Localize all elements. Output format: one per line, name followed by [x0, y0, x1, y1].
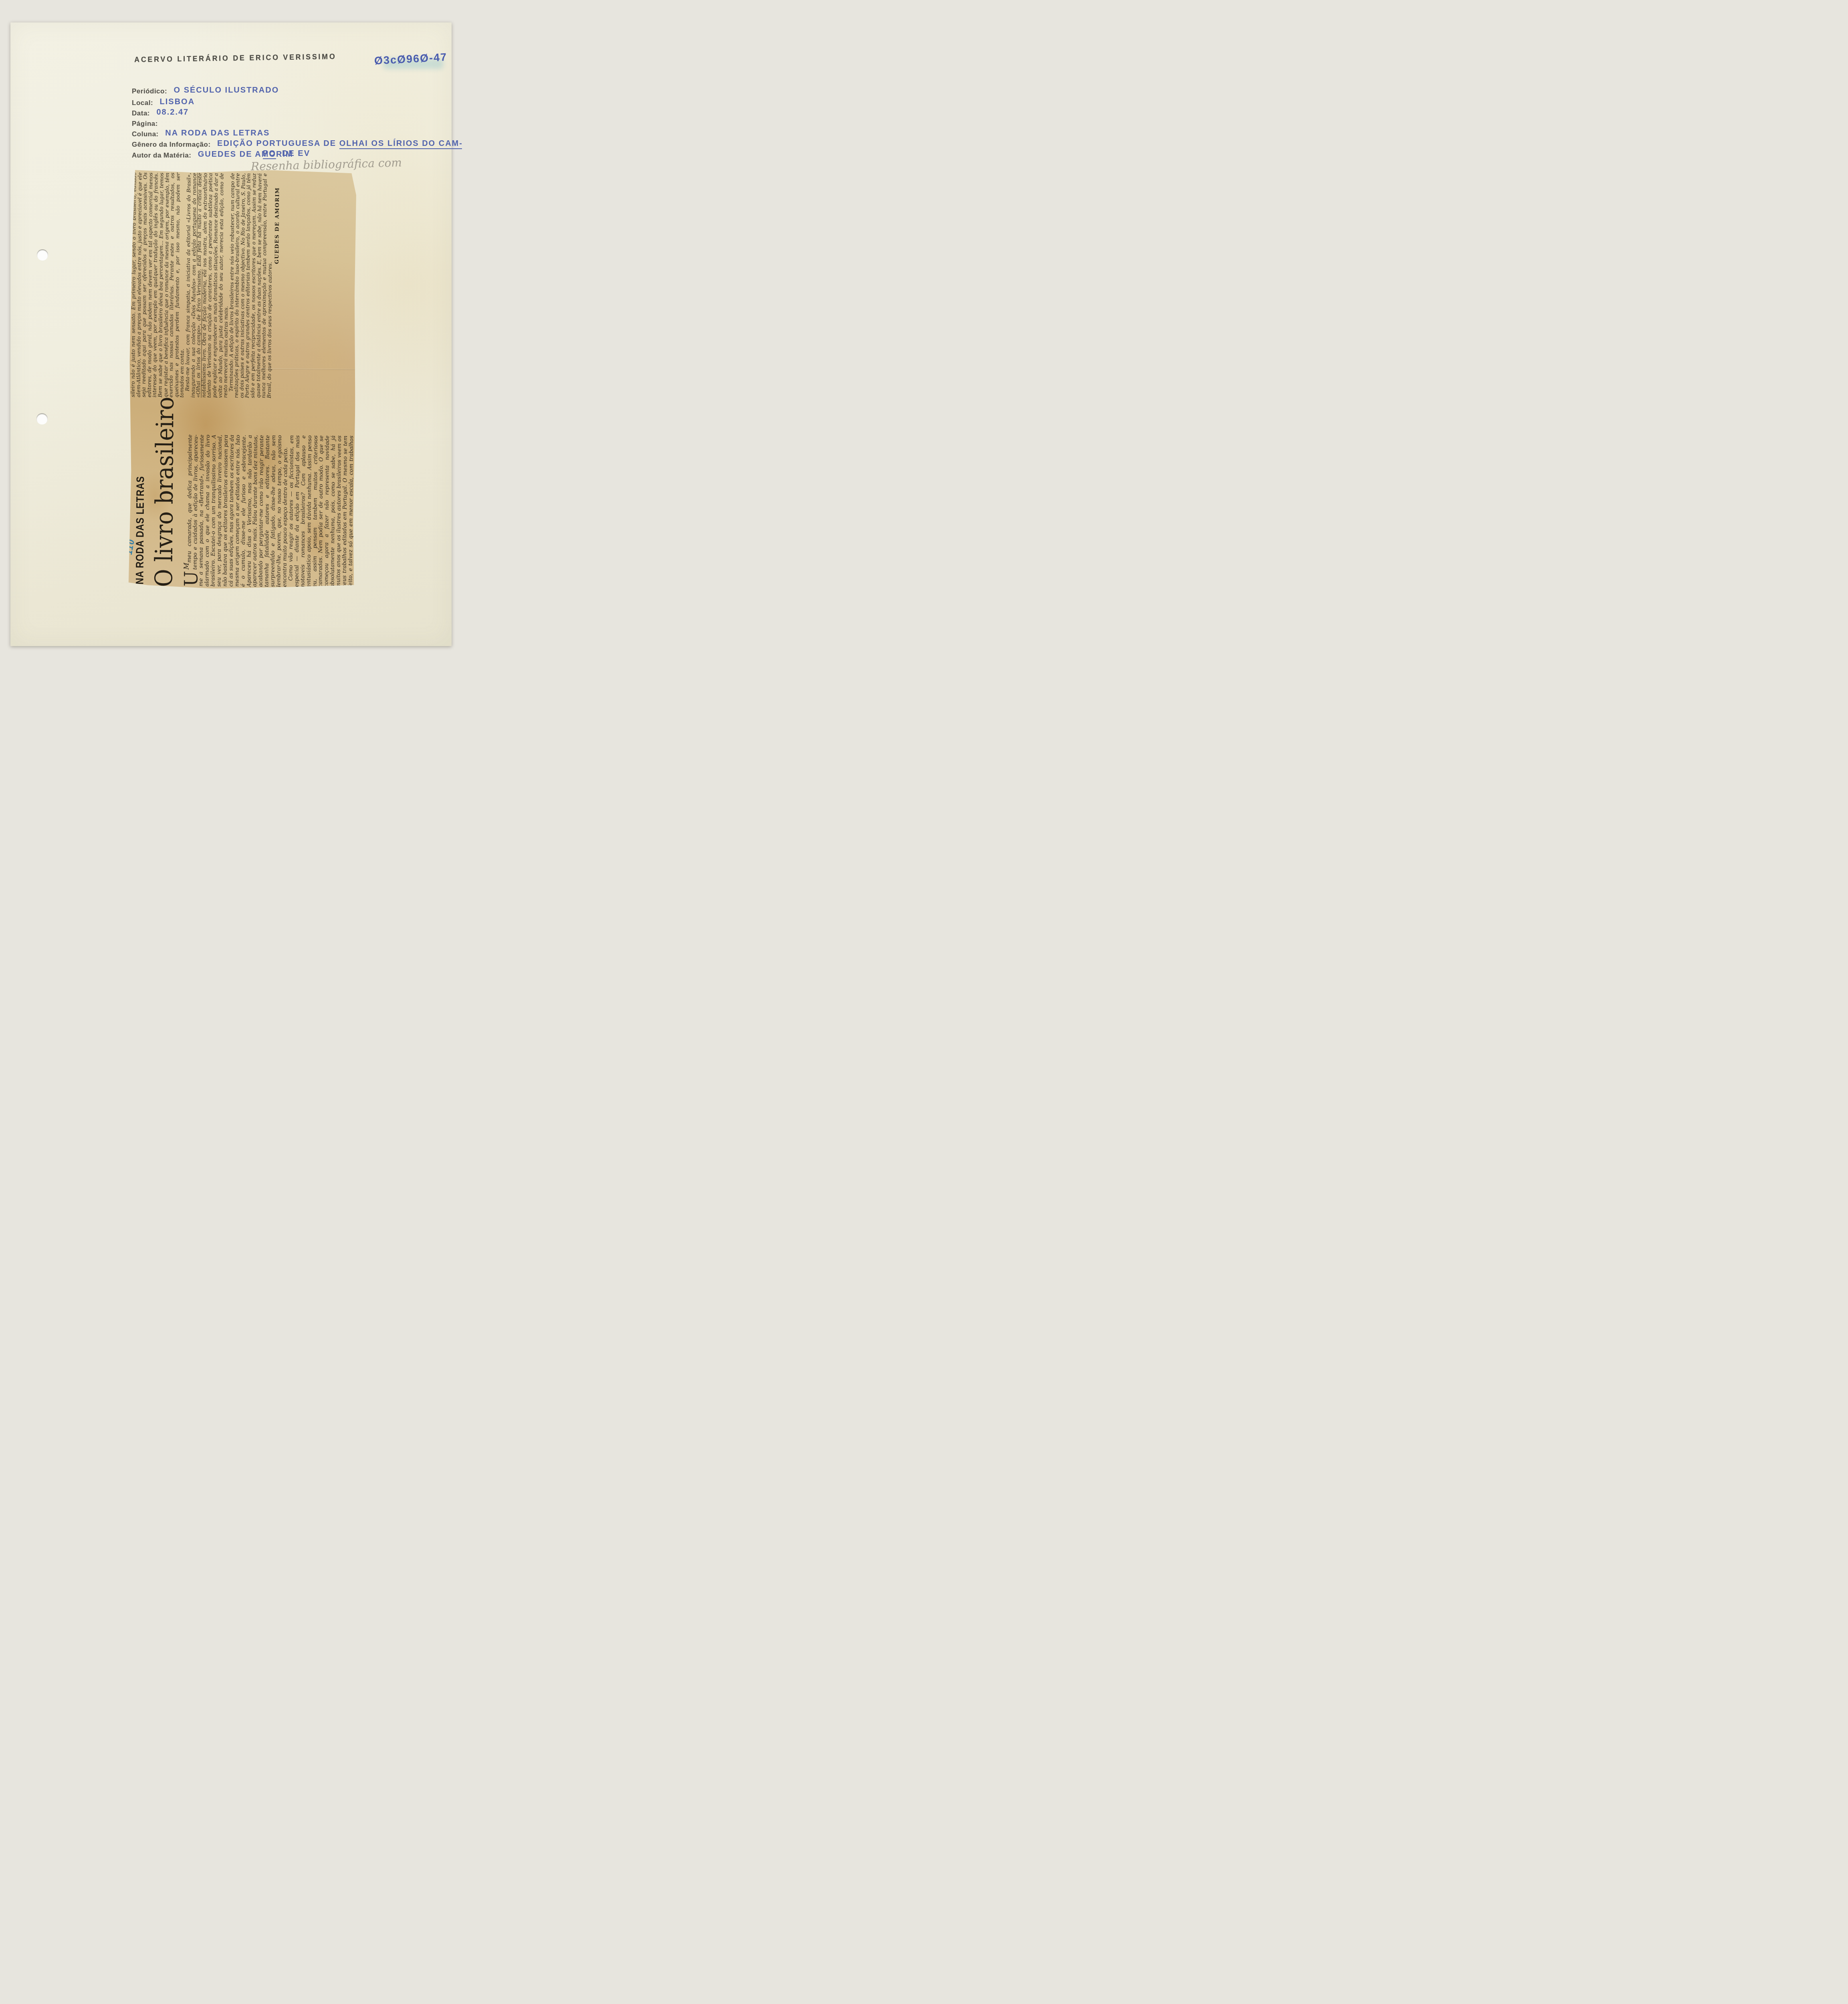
drop-cap: U — [184, 570, 198, 586]
clipping-intro-column: UMmeu camarada, que dedica principalment… — [184, 434, 357, 588]
body-p2-after: Está feita há muito a crítica deste nota… — [196, 173, 229, 398]
intro-p1-text: meu camarada, que dedica principalmente … — [186, 434, 289, 587]
data-value: 08.2.47 — [156, 108, 189, 117]
genero-value: EDIÇÃO PORTUGUESA DE OLHAI OS LÍRIOS DO … — [217, 139, 462, 148]
intro-paragraph-1: UMmeu camarada, que dedica principalment… — [184, 434, 289, 587]
autor-value: GUEDES DE AMORIM — [198, 150, 293, 159]
form-row-periodico: Periódico: O SÉCULO ILUSTRADO — [132, 87, 279, 96]
archive-sheet: ACERVO LITERÁRIO DE ERICO VERISSIMO Ø3cØ… — [10, 22, 452, 646]
form-row-pagina: Página: — [132, 119, 163, 128]
form-row-genero: Gênero da Informação: EDIÇÃO PORTUGUESA … — [132, 140, 462, 149]
autor-label: Autor da Matéria: — [132, 152, 191, 159]
form-row-local: Local: LISBOA — [132, 98, 195, 107]
form-row-coluna: Coluna: NA RODA DAS LETRAS — [132, 129, 270, 139]
body-paragraph-1: sileiro não é justo nem sensato. Em prim… — [130, 172, 186, 398]
pagina-label: Página: — [132, 120, 158, 127]
intro-paragraph-2: Como vão reagir os autores — os ficcioni… — [288, 435, 357, 588]
data-label: Data: — [132, 109, 150, 117]
drop-cap-sup: M — [183, 563, 191, 570]
coluna-label: Coluna: — [132, 130, 159, 138]
clipping-byline: GUEDES DE AMORIM — [274, 174, 281, 398]
genero-value-underlined: OLHAI OS LÍRIOS DO CAM- — [339, 139, 462, 149]
genero-label: Gênero da Informação: — [132, 141, 211, 148]
body-paragraph-2: Resta-me louvar, com franca simpatia, a … — [185, 173, 230, 398]
local-label: Local: — [132, 99, 153, 107]
periodico-value: O SÉCULO ILUSTRADO — [174, 86, 279, 95]
coluna-value: NA RODA DAS LETRAS — [165, 129, 270, 137]
clipping-kicker: NA RODA DAS LETRAS — [133, 476, 147, 585]
body-paragraph-3: Terminando: A edição de livros brasileir… — [228, 173, 273, 398]
newspaper-clipping: 110 NA RODA DAS LETRAS O livro brasileir… — [127, 168, 357, 590]
archive-header-stamp: ACERVO LITERÁRIO DE ERICO VERISSIMO — [134, 53, 337, 65]
clipping-body-column: sileiro não é justo nem sensato. Em prim… — [130, 172, 281, 398]
form-row-data: Data: 08.2.47 — [132, 109, 189, 118]
hole-punch-bottom — [36, 413, 48, 424]
hole-punch-top — [37, 249, 48, 261]
clipping-rotated-content: 110 NA RODA DAS LETRAS O livro brasileir… — [127, 168, 357, 590]
clipping-title: O livro brasileiro — [150, 397, 179, 587]
periodico-label: Periódico: — [132, 87, 167, 95]
genero-value-plain: EDIÇÃO PORTUGUESA DE — [217, 139, 336, 148]
form-row-autor: Autor da Matéria: GUEDES DE AMORIM — [132, 151, 293, 160]
local-value: LISBOA — [160, 97, 195, 106]
